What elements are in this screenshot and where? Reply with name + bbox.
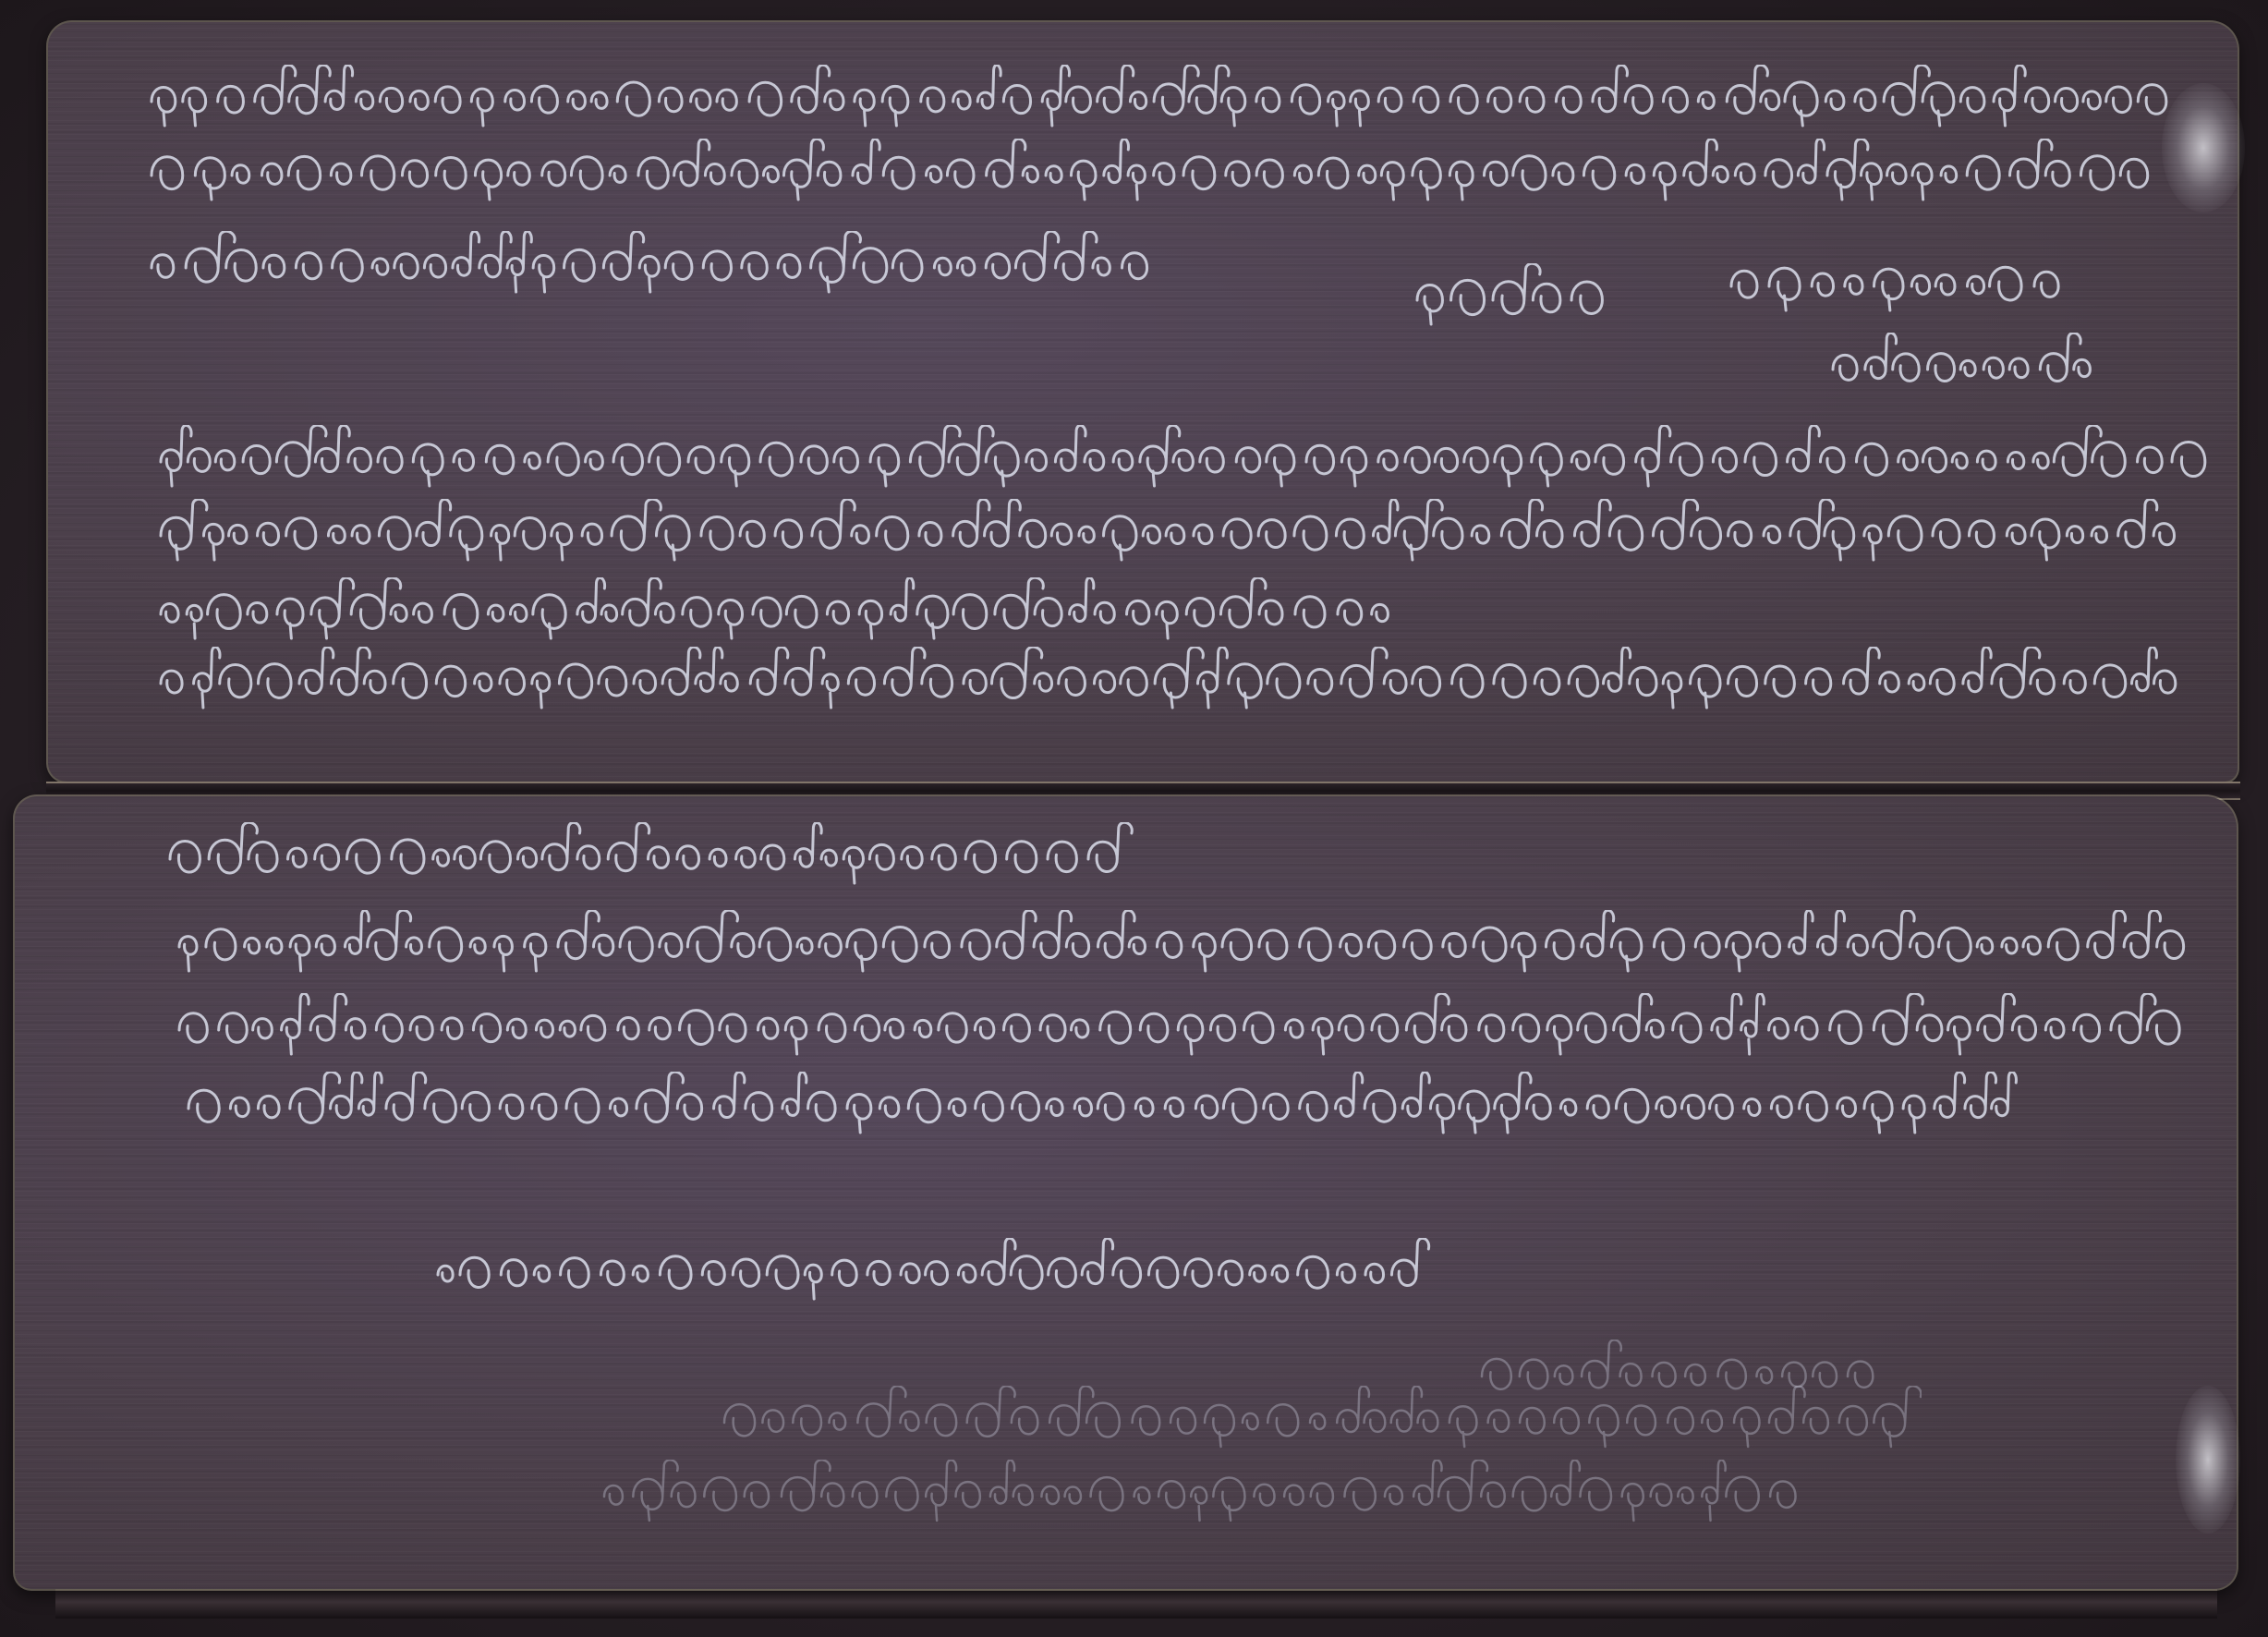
lower-fold-handwritten-line [185, 1072, 2032, 1136]
lower-fold-handwritten-line [434, 1238, 1450, 1303]
lower-fold-handwritten-line [176, 910, 2208, 975]
signature-handwritten-line [1728, 249, 2079, 314]
upper-fold-handwritten-line [148, 65, 2180, 129]
upper-fold-handwritten-line [148, 139, 2180, 203]
upper-fold-handwritten-line [157, 647, 2208, 711]
upper-fold-handwritten-line [157, 577, 1404, 642]
signature-handwritten-line [1413, 263, 1617, 328]
lower-fold-faded-handwritten-line [721, 1386, 1922, 1450]
light-glare-bottom-right [2176, 1386, 2240, 1534]
upper-fold-handwritten-line [157, 499, 2208, 564]
lower-fold-faded-handwritten-line [600, 1460, 1801, 1524]
signature-handwritten-line [1829, 333, 2106, 397]
lower-fold-handwritten-line [166, 822, 1136, 887]
lower-fold-handwritten-line [176, 993, 2208, 1058]
manuscript-bottom-edge [55, 1589, 2217, 1619]
upper-fold-handwritten-line [148, 231, 1183, 296]
upper-fold-handwritten-line [157, 425, 2208, 490]
